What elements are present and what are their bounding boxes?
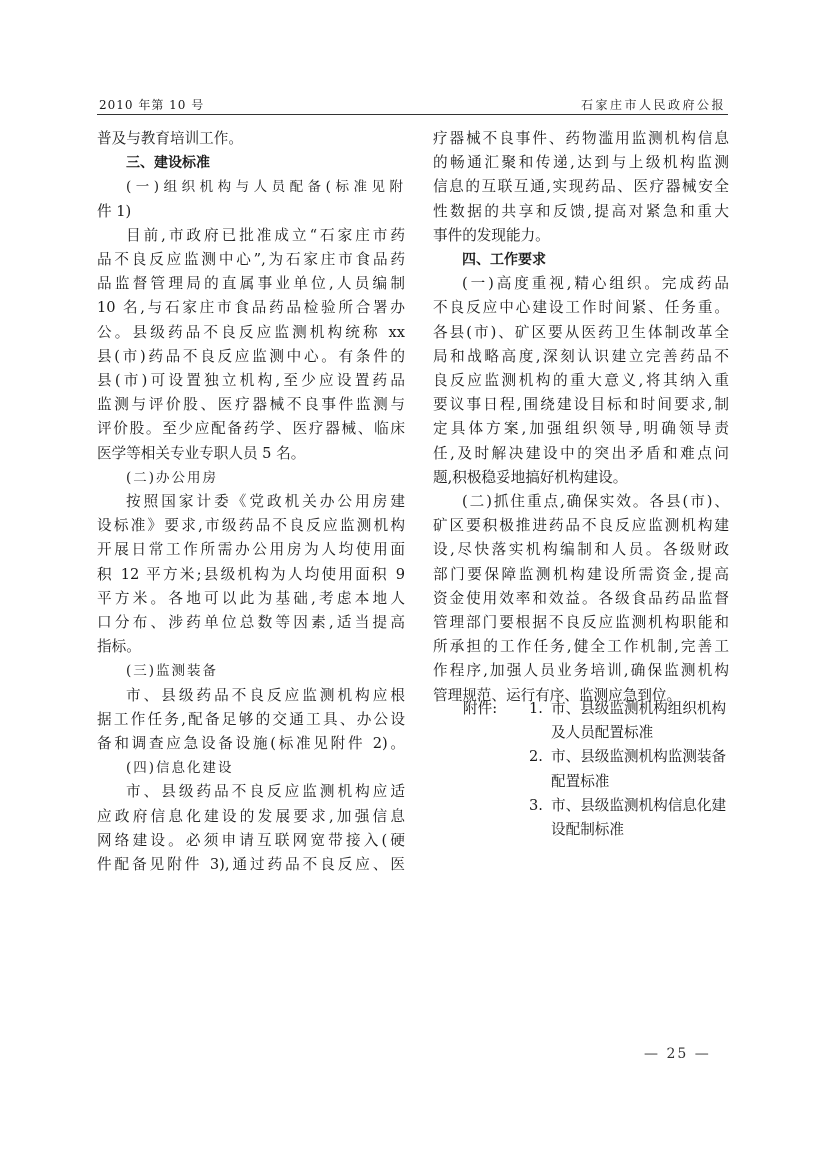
text-line: (一)高度重视,精心组织。完成药品 [433,272,729,296]
text-line: 要议事日程,围绕建设目标和时间要求,制 [433,393,729,417]
attachment-item-2: 2.市、县级监测机构监测装备 [463,745,729,769]
section-heading: 三、建设标准 [97,151,405,175]
text-line: 医学等相关专业专职人员 5 名。 [97,442,405,466]
text-line: 指标。 [97,635,405,659]
text-line: 事件的发现能力。 [433,224,729,248]
text-line: 开展日常工作所需办公用房为人均使用面 [97,538,405,562]
text-line: 管理部门要根据不良反应监测机构职能和 [433,611,729,635]
subsection-heading: (一)组织机构与人员配备(标准见附 [97,175,405,199]
text-line: (二)抓住重点,确保实效。各县(市)、 [433,490,729,514]
section-heading: 四、工作要求 [433,248,729,272]
text-line: 公。县级药品不良反应监测机构统称 xx [97,321,405,345]
text-line: 平方米。各地可以此为基础,考虑本地人 [97,587,405,611]
text-line: 10 名,与石家庄市食品药品检验所合署办 [97,296,405,320]
text-line: 设,尽快落实机构编制和人员。各级财政 [433,538,729,562]
text-line: 部门要保障监测机构建设所需资金,提高 [433,563,729,587]
text-line: 局和战略高度,深刻认识建立完善药品不 [433,345,729,369]
text-line: 良反应监测机构的重大意义,将其纳入重 [433,369,729,393]
text-line: 的畅通汇聚和传递,达到与上级机构监测 [433,151,729,175]
text-line: 题,积极稳妥地搞好机构建设。 [433,466,729,490]
text-line: 监测与评价股、医疗器械不良事件监测与 [97,393,405,417]
text-line: 作程序,加强人员业务培训,确保监测机构 [433,659,729,683]
text-line: 矿区要积极推进药品不良反应监测机构建 [433,514,729,538]
attachments-label: 附件: [463,697,529,721]
running-header: 2010 年第 10 号 石家庄市人民政府公报 [97,96,728,115]
text-line: 疗器械不良事件、药物滥用监测机构信息 [433,127,729,151]
attachments-list: 附件:1.市、县级监测机构组织机构 及人员配置标准 2.市、县级监测机构监测装备… [463,697,729,842]
text-line: 信息的互联互通,实现药品、医疗器械安全 [433,175,729,199]
issue-label: 2010 年第 10 号 [99,96,204,113]
text-line: 网络建设。必须申请互联网宽带接入(硬 [97,829,405,853]
attachment-item-3: 3.市、县级监测机构信息化建 [463,794,729,818]
text-line: 资金使用效率和效益。各级食品药品监督 [433,587,729,611]
text-line: 品不良反应监测中心”,为石家庄市食品药 [97,248,405,272]
page-number: — 25 — [644,1046,711,1062]
text-line: 性数据的共享和反馈,提高对紧急和重大 [433,200,729,224]
text-line: 目前,市政府已批准成立“石家庄市药 [97,224,405,248]
subsection-heading: (二)办公用房 [97,466,405,490]
text-line: 件 1) [97,200,405,224]
text-line: 各县(市)、矿区要从医药卫生体制改革全 [433,321,729,345]
text-line: 县(市)药品不良反应监测中心。有条件的 [97,345,405,369]
text-line: 应政府信息化建设的发展要求,加强信息 [97,805,405,829]
publication-title: 石家庄市人民政府公报 [581,96,726,113]
attachment-item-1: 附件:1.市、县级监测机构组织机构 [463,697,729,721]
text-line: 件配备见附件 3),通过药品不良反应、医 [97,853,405,877]
text-line: 市、县级药品不良反应监测机构应适 [97,780,405,804]
text-line: 口分布、涉药单位总数等因素,适当提高 [97,611,405,635]
text-line: 县(市)可设置独立机构,至少应设置药品 [97,369,405,393]
text-line: 任,及时解决建设中的突出矛盾和难点问 [433,442,729,466]
text-line: 品监督管理局的直属事业单位,人员编制 [97,272,405,296]
text-line: 普及与教育培训工作。 [97,127,405,151]
text-line: 市、县级药品不良反应监测机构应根 [97,684,405,708]
text-line: 所承担的工作任务,健全工作机制,完善工 [433,635,729,659]
subsection-heading: (四)信息化建设 [97,756,405,780]
text-line: 设标准》要求,市级药品不良反应监测机构 [97,514,405,538]
text-line: 定具体方案,加强组织领导,明确领导责 [433,417,729,441]
text-line: 据工作任务,配备足够的交通工具、办公设 [97,708,405,732]
text-line: 不良反应中心建设工作时间紧、任务重。 [433,296,729,320]
left-column: 普及与教育培训工作。三、建设标准(一)组织机构与人员配备(标准见附件 1)目前,… [97,127,405,877]
text-line: 按照国家计委《党政机关办公用房建 [97,490,405,514]
text-line: 积 12 平方米;县级机构为人均使用面积 9 [97,563,405,587]
text-line: 备和调查应急设备设施(标准见附件 2)。 [97,732,405,756]
text-line: 评价股。至少应配备药学、医疗器械、临床 [97,417,405,441]
subsection-heading: (三)监测装备 [97,659,405,683]
right-column: 疗器械不良事件、药物滥用监测机构信息的畅通汇聚和传递,达到与上级机构监测信息的互… [433,127,729,708]
